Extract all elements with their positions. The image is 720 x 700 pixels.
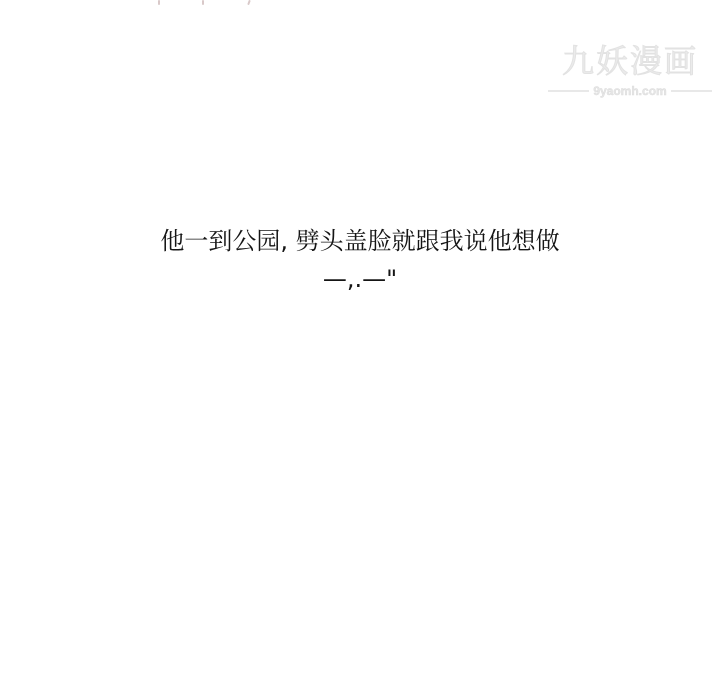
ink-mark	[158, 0, 160, 5]
panel-edge-fragment	[150, 0, 270, 6]
dialogue-caption: 他一到公园, 劈头盖脸就跟我说他想做 —,.—"	[0, 222, 720, 298]
watermark-domain-row: 9yaomh.com	[548, 84, 712, 98]
watermark-rule-right	[671, 90, 712, 92]
watermark-title: 九妖漫画	[548, 42, 712, 80]
ink-mark	[247, 0, 251, 5]
ink-mark	[202, 0, 204, 5]
caption-line-1: 他一到公园, 劈头盖脸就跟我说他想做	[0, 222, 720, 260]
caption-line-2: —,.—"	[0, 260, 720, 298]
site-watermark: 九妖漫画 9yaomh.com	[548, 42, 712, 98]
watermark-rule-left	[548, 90, 589, 92]
watermark-domain: 9yaomh.com	[589, 84, 670, 98]
